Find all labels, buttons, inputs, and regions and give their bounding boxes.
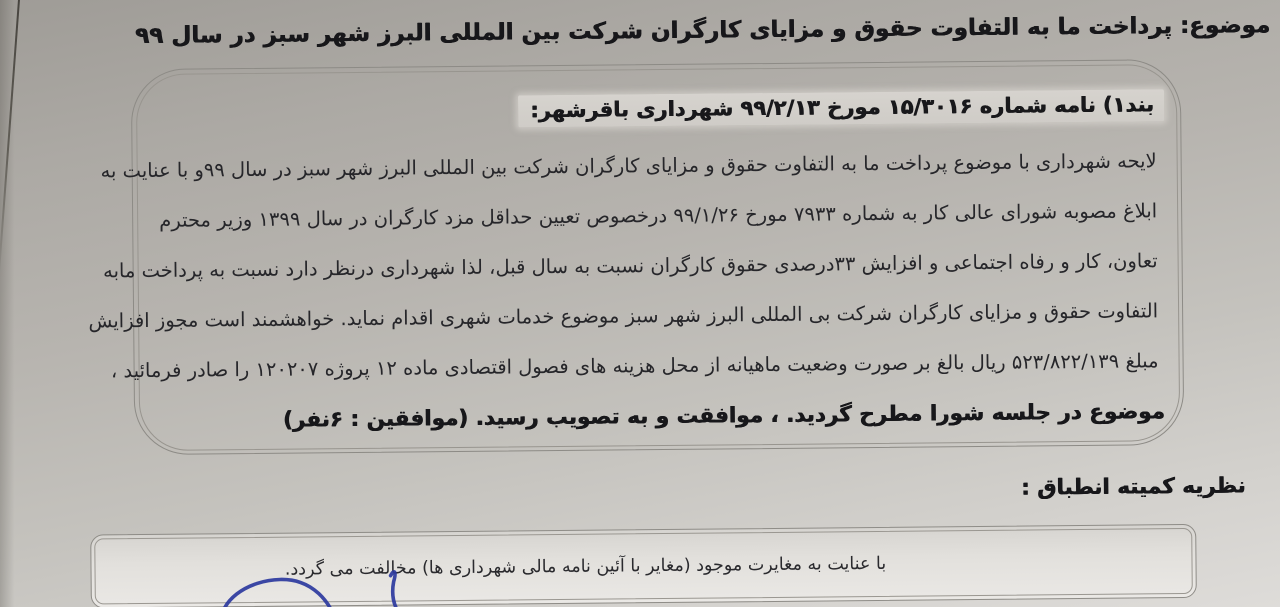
subject-line: موضوع: پرداخت ما به التفاوت حقوق و مزایا…: [280, 3, 1270, 57]
signature-stroke: [201, 566, 421, 607]
committee-opinion-heading: نظریه کمیته انطباق :: [1021, 466, 1246, 508]
document-photo: { "document": { "subject": "موضوع: پرداخ…: [0, 0, 1280, 607]
signature-hook: [391, 572, 397, 607]
body-line: مبلغ ۵۲۳/۸۲۲/۱۳۹ ریال بالغ بر صورت وضعیت…: [160, 336, 1158, 396]
council-decision: موضوع در جلسه شورا مطرح گردید. ، موافقت …: [153, 390, 1165, 444]
letter-body: لایحه شهرداری با موضوع پرداخت ما به التف…: [158, 136, 1158, 396]
document-sheet: موضوع: پرداخت ما به التفاوت حقوق و مزایا…: [0, 0, 1280, 607]
clause-heading: بند۱) نامه شماره ۱۵/۳۰۱۶ مورخ ۹۹/۲/۱۳ شه…: [148, 84, 1164, 134]
clause-heading-highlight: بند۱) نامه شماره ۱۵/۳۰۱۶ مورخ ۹۹/۲/۱۳ شه…: [518, 89, 1164, 127]
signature-arc: [223, 579, 331, 607]
resolution-box: بند۱) نامه شماره ۱۵/۳۰۱۶ مورخ ۹۹/۲/۱۳ شه…: [131, 59, 1185, 455]
